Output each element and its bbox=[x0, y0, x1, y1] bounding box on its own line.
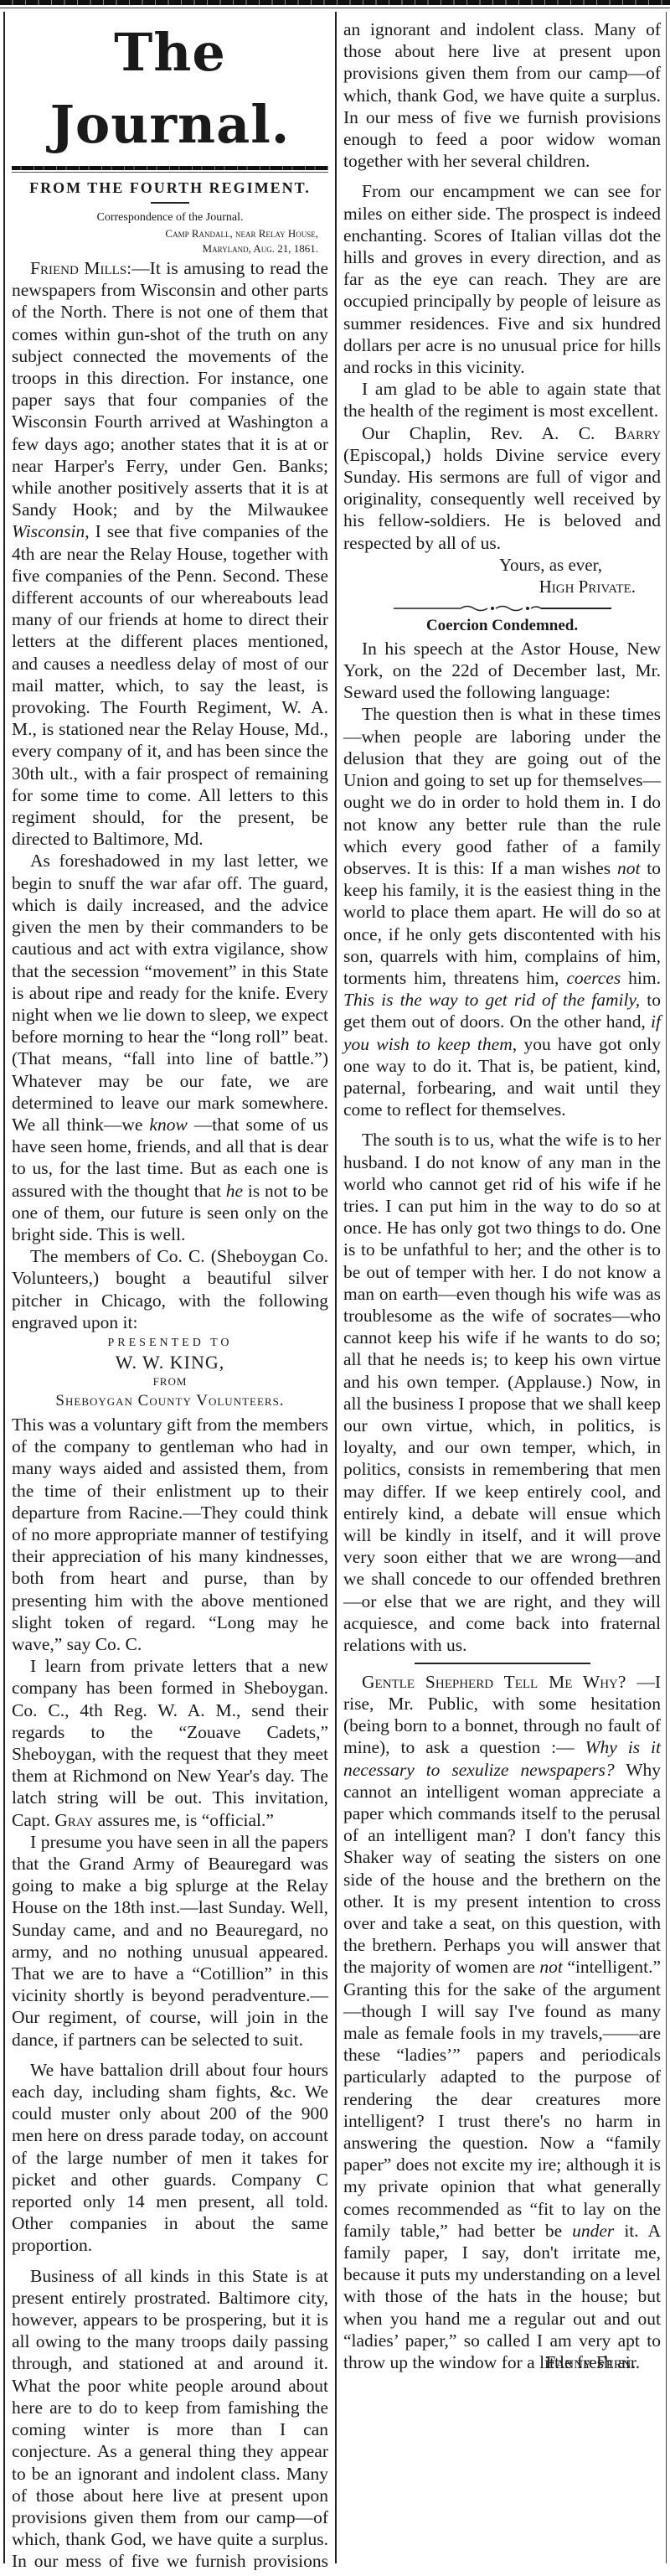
letter-paragraph-4: This was a voluntary gift from the membe… bbox=[12, 1414, 328, 1655]
masthead-rule bbox=[12, 166, 328, 170]
correspondence-line: Correspondence of the Journal. bbox=[12, 210, 328, 225]
fern-heading: Gentle Shepherd Tell Me Why? bbox=[362, 1672, 626, 1692]
short-divider bbox=[151, 202, 189, 204]
signature-high-private: High Private. bbox=[343, 576, 661, 597]
letter-paragraph-5: I learn from private letters that a new … bbox=[12, 1655, 328, 1831]
letter-paragraph-6: I presume you have seen in all the paper… bbox=[12, 1831, 328, 2051]
letter-paragraph-9: From our encampment we can see for miles… bbox=[343, 180, 661, 378]
engraving-from: FROM bbox=[12, 1373, 328, 1390]
letter-paragraph-7: We have battalion drill about four hours… bbox=[12, 2059, 328, 2257]
salutation: Friend Mills: bbox=[30, 258, 131, 278]
fern-paragraph-1: Gentle Shepherd Tell Me Why? —I rise, Mr… bbox=[343, 1671, 661, 2374]
letter-paragraph-3: The members of Co. C. (Sheboygan Co. Vol… bbox=[12, 1245, 328, 1333]
closing-line: Yours, as ever, bbox=[343, 554, 661, 576]
coercion-paragraph-1: In his speech at the Astor House, New Yo… bbox=[343, 638, 661, 704]
engraving-recipient: W. W. KING, bbox=[12, 1352, 328, 1373]
masthead-thin-rule bbox=[12, 172, 328, 173]
letter-paragraph-1: Friend Mills:—It is amusing to read the … bbox=[12, 257, 328, 850]
letter-paragraph-8: Business of all kinds in this State is a… bbox=[12, 2265, 328, 2570]
top-border-rule bbox=[0, 0, 670, 5]
dateline-place: Camp Randall, near Relay House, bbox=[12, 227, 318, 241]
coercion-paragraph-3: The south is to us, what the wife is to … bbox=[343, 1129, 661, 1656]
engraving-donor: Sheboygan County Volunteers. bbox=[12, 1390, 328, 1412]
coercion-paragraph-2: The question then is what in these times… bbox=[343, 703, 661, 1120]
article-heading-coercion: Coercion Condemned. bbox=[343, 616, 661, 636]
masthead-title: The Journal. bbox=[12, 17, 328, 161]
letter-paragraph-10: I am glad to be able to again state that… bbox=[343, 378, 661, 422]
right-column: an ignorant and indolent class. Many of … bbox=[335, 12, 667, 2563]
engraving-presented: PRESENTED TO bbox=[12, 1335, 328, 1352]
letter-paragraph-8-continued: an ignorant and indolent class. Many of … bbox=[343, 18, 661, 172]
engraving-inscription: PRESENTED TO W. W. KING, FROM Sheboygan … bbox=[12, 1335, 328, 1412]
dateline-date: Maryland, Aug. 21, 1861. bbox=[12, 242, 318, 256]
letter-paragraph-11: Our Chaplin, Rev. A. C. Barry (Episcopal… bbox=[343, 422, 661, 554]
top-border-thin-rule bbox=[0, 8, 670, 8]
letter-paragraph-2: As foreshadowed in my last letter, we be… bbox=[12, 850, 328, 1245]
left-column: The Journal. FROM THE FOURTH REGIMENT. C… bbox=[3, 12, 330, 2563]
ornamental-divider-icon bbox=[394, 604, 611, 613]
section-divider bbox=[415, 1663, 590, 1664]
article-heading-fourth-regiment: FROM THE FOURTH REGIMENT. bbox=[12, 179, 328, 197]
